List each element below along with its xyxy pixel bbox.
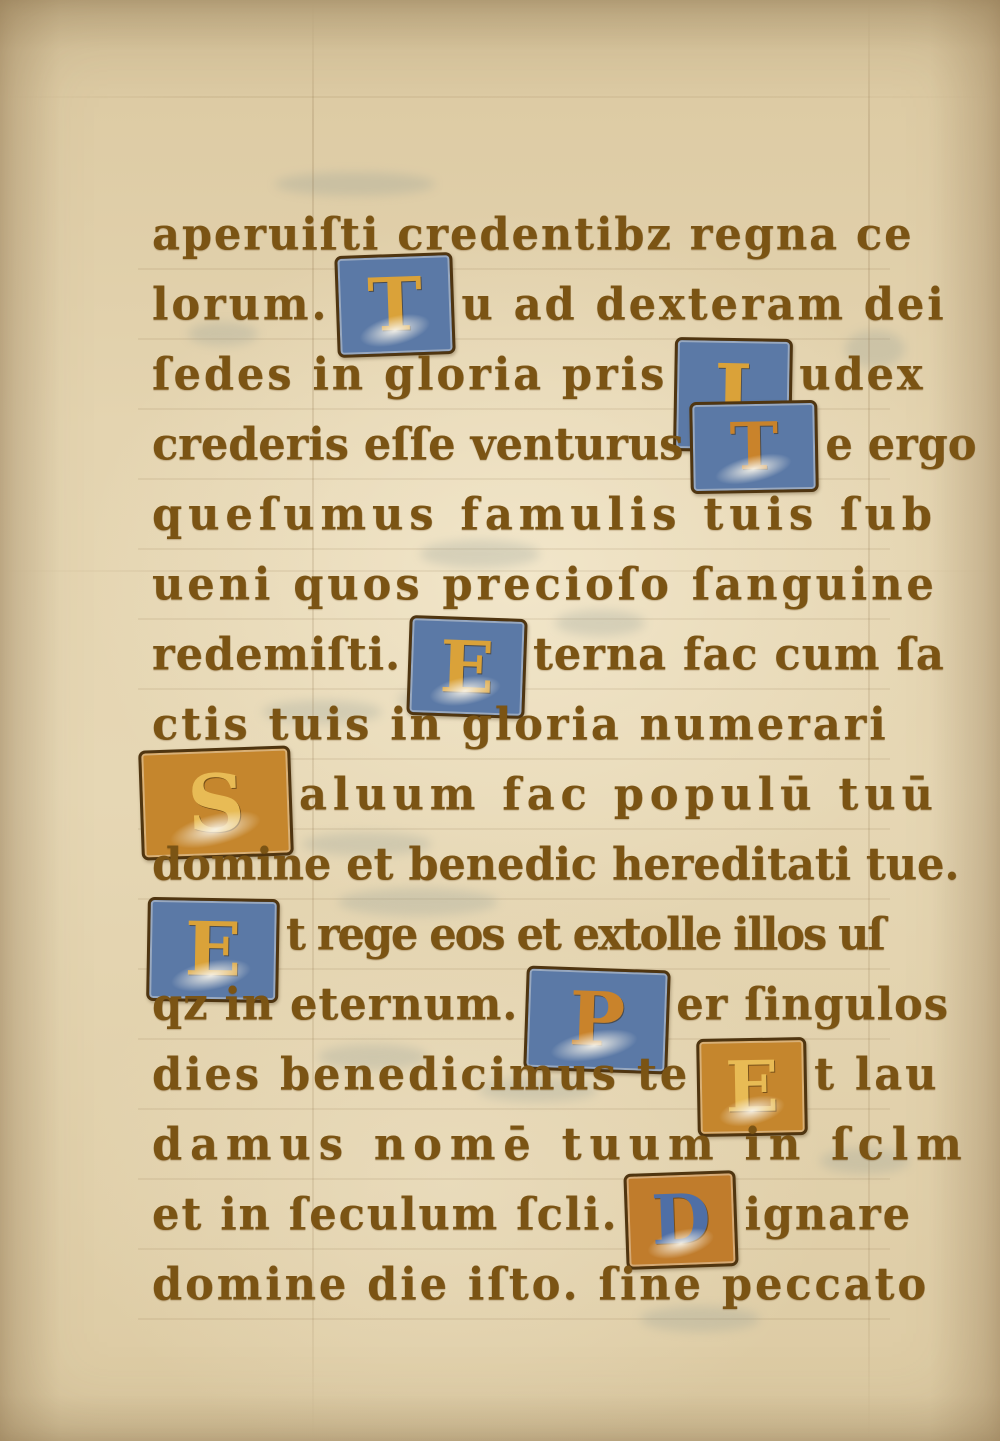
horizontal-crease	[0, 96, 1000, 98]
text-line-11: Et rege eos et extolle illos uſ	[140, 900, 884, 970]
text-line-16: domine die iſto. ſine peccato	[152, 1250, 929, 1320]
latin-text: damus nomē tuum in ſclm	[152, 1122, 970, 1167]
latin-text: aluum fac populū tuū	[299, 772, 939, 817]
latin-text: ignare	[744, 1192, 912, 1237]
latin-text: et in ſeculum ſcli.	[152, 1192, 618, 1237]
text-line-9: Saluum fac populū tuū	[133, 760, 939, 830]
text-line-2: lorum.Tu ad dexteram dei	[152, 270, 947, 340]
page-edge-shadow-left	[0, 0, 60, 1441]
latin-text: t lau	[814, 1052, 939, 1097]
text-line-15: et in ſeculum ſcli.Dignare	[152, 1180, 912, 1250]
latin-text: lorum.	[152, 282, 329, 327]
latin-text: dies benedicimus te	[152, 1052, 690, 1097]
text-line-6: ueni quos precioſo ſanguine	[152, 550, 938, 620]
text-line-13: dies benedicimus teEt lau	[152, 1040, 939, 1110]
page-edge-shadow-right	[930, 0, 1000, 1441]
text-line-4: crederis eſſe venturusTe ergo	[152, 410, 976, 480]
latin-text: t rege eos et extolle illos uſ	[286, 912, 884, 957]
latin-text: e ergo	[825, 422, 976, 467]
latin-text: ſedes in gloria pris	[152, 352, 667, 397]
latin-text: ctis tuis in gloria numerari	[152, 702, 889, 747]
latin-text: ueni quos precioſo ſanguine	[152, 562, 938, 607]
initial-letter: T	[367, 268, 424, 343]
smudge-mark	[275, 172, 435, 196]
text-line-1: aperuiſti credentibz regna ce	[152, 200, 913, 270]
latin-text: domine die iſto. ſine peccato	[152, 1262, 929, 1307]
page-edge-shadow-bottom	[0, 1395, 1000, 1441]
initial-letter: T	[730, 414, 780, 480]
latin-text: terna fac cum ſa	[533, 632, 945, 677]
latin-text: aperuiſti credentibz regna ce	[152, 212, 913, 257]
latin-text: qz in eternum.	[152, 982, 518, 1027]
initial-letter: D	[651, 1185, 712, 1255]
latin-text: queſumus famulis tuis ſub	[152, 492, 938, 537]
latin-text: domine et benedic hereditati tue.	[152, 842, 959, 887]
latin-text: crederis eſſe venturus	[152, 422, 683, 467]
manuscript-page: aperuiſti credentibz regna celorum.Tu ad…	[0, 0, 1000, 1441]
text-line-14: damus nomē tuum in ſclm	[152, 1110, 970, 1180]
latin-text: redemiſti.	[152, 632, 401, 677]
text-line-7: redemiſti.Eterna fac cum ſa	[152, 620, 945, 690]
text-line-5: queſumus famulis tuis ſub	[152, 480, 938, 550]
latin-text: er ſingulos	[676, 982, 949, 1027]
text-line-12: qz in eternum.Per ſingulos	[152, 970, 949, 1040]
latin-text: udex	[799, 352, 925, 397]
page-edge-shadow-top	[0, 0, 1000, 50]
latin-text: u ad dexteram dei	[461, 282, 946, 327]
text-line-10: domine et benedic hereditati tue.	[152, 830, 959, 900]
